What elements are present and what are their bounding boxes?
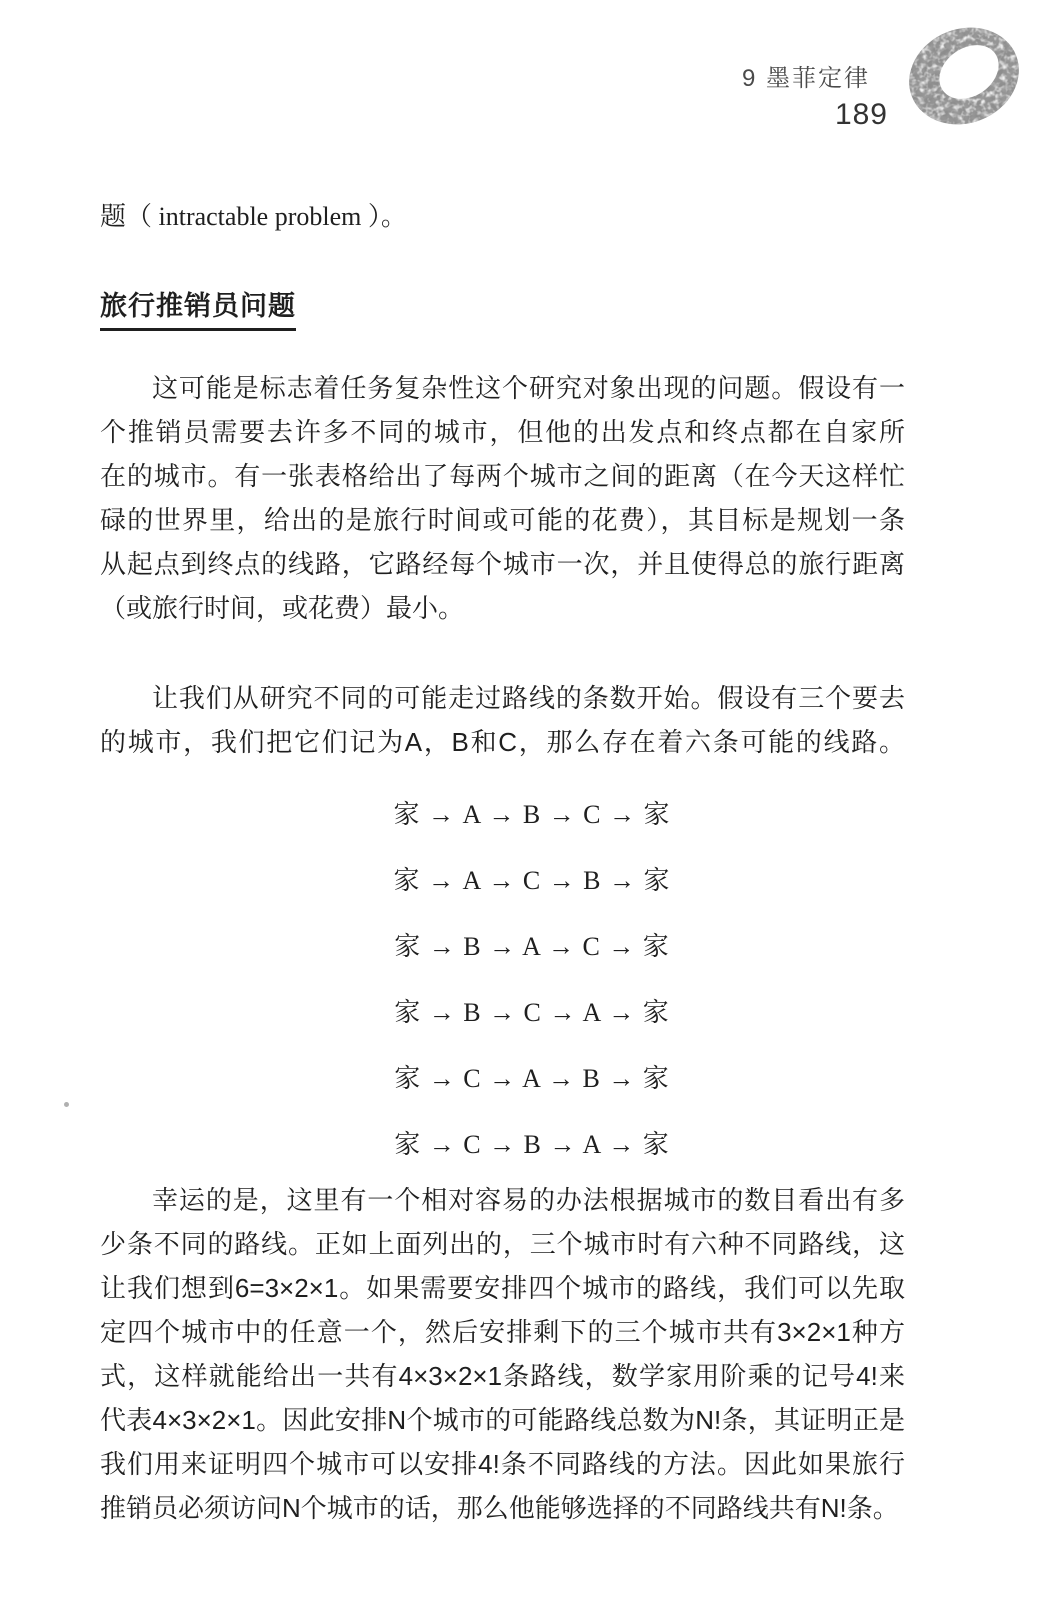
body-line: 从起点到终点的线路，它路经每个城市一次，并且使得总的旅行距离: [100, 542, 905, 586]
body-line: 式，这样就能给出一共有4×3×2×1条路线，数学家用阶乘的记号4!来: [100, 1354, 905, 1398]
body-line: 我们用来证明四个城市可以安排4!条不同路线的方法。因此如果旅行: [100, 1442, 905, 1486]
route-line: 家 → A → B → C → 家: [0, 782, 1064, 848]
body-line: 推销员必须访问N个城市的话，那么他能够选择的不同路线共有N!条。: [100, 1486, 905, 1530]
body-line: 让我们从研究不同的可能走过路线的条数开始。假设有三个要去: [100, 676, 905, 720]
route-line: 家 → A → C → B → 家: [0, 848, 1064, 914]
scan-artifact-dot: [64, 1102, 69, 1107]
body-line: 幸运的是，这里有一个相对容易的办法根据城市的数目看出有多: [100, 1178, 905, 1222]
section-heading-wrap: 旅行推销员问题: [100, 288, 905, 331]
body-line: 个推销员需要去许多不同的城市，但他的出发点和终点都在自家所: [100, 410, 905, 454]
paragraph-2: 让我们从研究不同的可能走过路线的条数开始。假设有三个要去 的城市，我们把它们记为…: [100, 676, 905, 764]
route-line: 家 → C → B → A → 家: [0, 1112, 1064, 1178]
body-line: 代表4×3×2×1。因此安排N个城市的可能路线总数为N!条，其证明正是: [100, 1398, 905, 1442]
route-line: 家 → C → A → B → 家: [0, 1046, 1064, 1112]
section-heading: 旅行推销员问题: [100, 288, 296, 331]
body-line: 少条不同的路线。正如上面列出的，三个城市时有六种不同路线，这: [100, 1222, 905, 1266]
body-line: 在的城市。有一张表格给出了每两个城市之间的距离（在今天这样忙: [100, 454, 905, 498]
leading-line: 题（ intractable problem ）。: [100, 197, 905, 237]
route-line: 家 → B → C → A → 家: [0, 980, 1064, 1046]
route-line: 家 → B → A → C → 家: [0, 914, 1064, 980]
body-line: 碌的世界里，给出的是旅行时间或可能的花费），其目标是规划一条: [100, 498, 905, 542]
page-number: 189: [835, 98, 888, 132]
body-line: 定四个城市中的任意一个，然后安排剩下的三个城市共有3×2×1种方: [100, 1310, 905, 1354]
body-line: 让我们想到6=3×2×1。如果需要安排四个城市的路线，我们可以先取: [100, 1266, 905, 1310]
route-list: 家 → A → B → C → 家 家 → A → C → B → 家 家 → …: [0, 782, 1064, 1178]
chapter-header: 9 墨菲定律: [742, 58, 870, 93]
paragraph-3: 幸运的是，这里有一个相对容易的办法根据城市的数目看出有多 少条不同的路线。正如上…: [100, 1178, 905, 1530]
body-line: 的城市，我们把它们记为A，B和C，那么存在着六条可能的线路。: [100, 720, 905, 764]
ring-logo-icon: [903, 20, 1025, 134]
book-page-scan: 9 墨菲定律 189 题（ intractable prob: [0, 0, 1064, 1600]
paragraph-1: 这可能是标志着任务复杂性这个研究对象出现的问题。假设有一 个推销员需要去许多不同…: [100, 366, 905, 630]
body-line: （或旅行时间，或花费）最小。: [100, 586, 905, 630]
body-line: 这可能是标志着任务复杂性这个研究对象出现的问题。假设有一: [100, 366, 905, 410]
